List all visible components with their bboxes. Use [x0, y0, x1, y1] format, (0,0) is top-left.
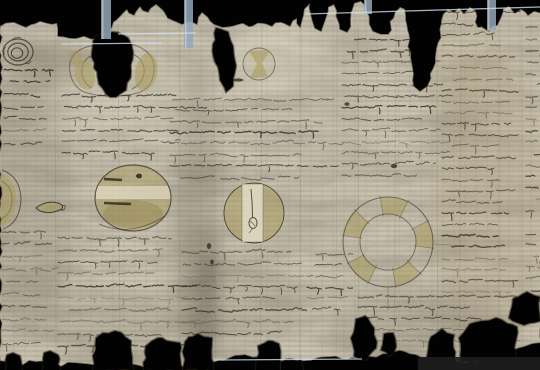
papyrus-sheet: [0, 0, 540, 370]
hole-bottom-1: [6, 353, 23, 370]
papyrus-photograph: [0, 0, 540, 370]
hole-bottom-3: [93, 331, 133, 370]
hole-bottom-7: [281, 359, 303, 370]
hole-bottom-6: [256, 341, 281, 370]
figure-hourglass-disc: [243, 48, 275, 80]
hole-bottom-4: [143, 338, 182, 370]
figure-banded-oval-diagram: [95, 165, 171, 231]
hole-bottom-2: [43, 351, 60, 370]
papyrus-scene: [0, 0, 540, 370]
figure-plumb-line-disc: [224, 183, 284, 243]
hole-bottom-5: [183, 334, 214, 370]
mount-band: [418, 357, 540, 370]
